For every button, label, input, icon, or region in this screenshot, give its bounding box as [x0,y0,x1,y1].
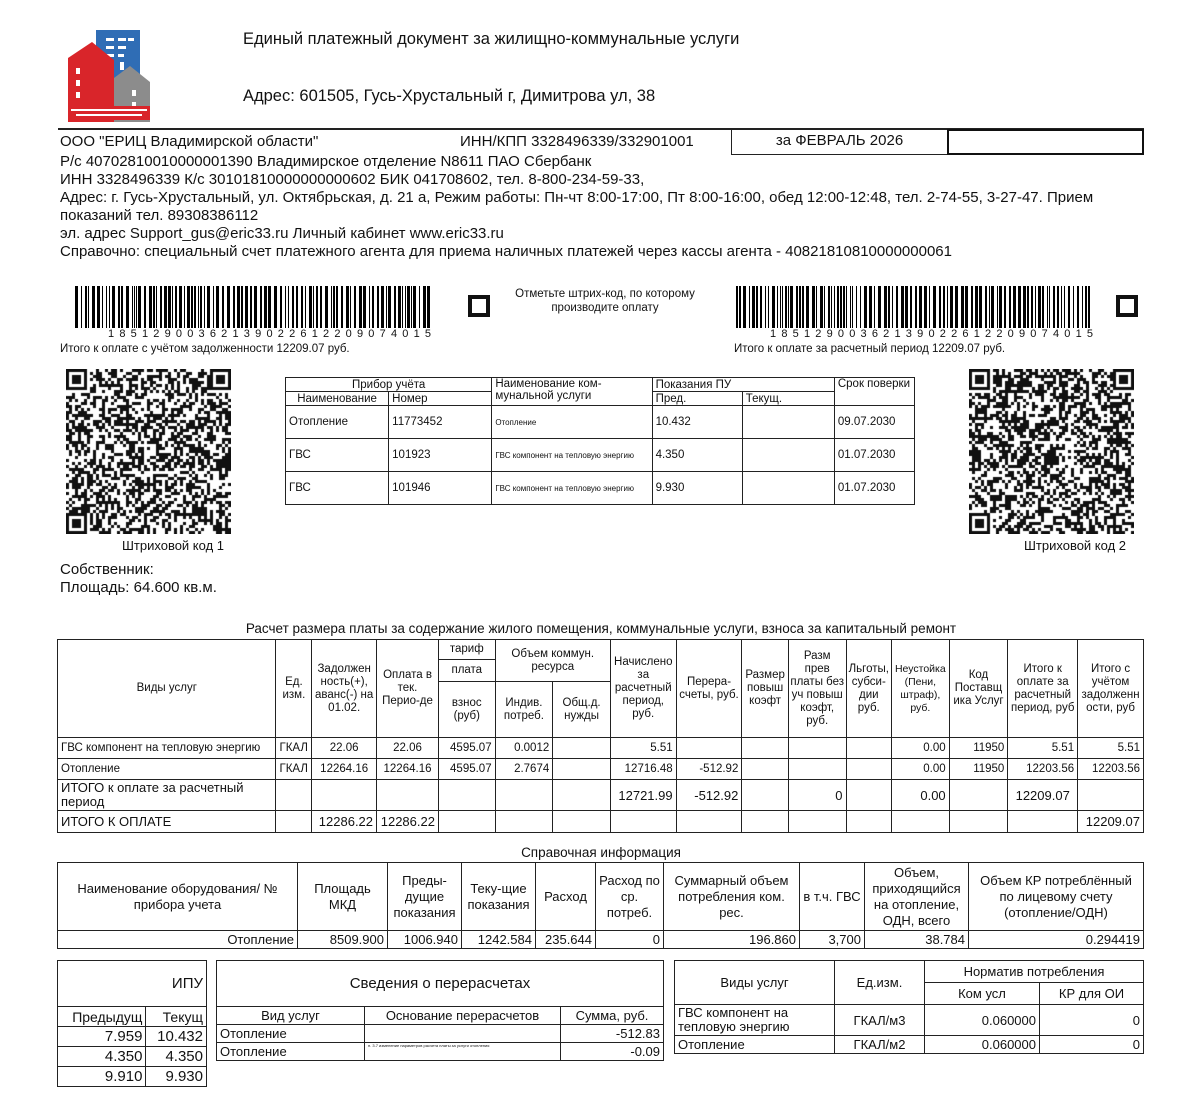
ipu-row: 7.95910.432 [58,1027,207,1047]
service-row: ГВС компонент на тепловую энергию ГКАЛ 2… [58,738,1144,759]
norm-row: ГВС компонент на тепловую энергию ГКАЛ/м… [675,1005,1144,1036]
property-address: Адрес: 601505, Гусь-Хрустальный г, Димит… [243,87,655,106]
ipu-table: ИПУ Предыдущ Текущ 7.95910.432 4.3504.35… [57,960,207,1087]
org-name: ООО "ЕРИЦ Владимирской области" [60,133,318,150]
barcode-note: Отметьте штрих-код, по которому производ… [500,287,710,315]
qr-code-1-label: Штриховой код 1 [122,538,224,553]
total-row: ИТОГО К ОПЛАТЕ 12286.22 12286.22 12209.0… [58,811,1144,833]
blank-field [947,129,1144,155]
calc-table-caption: Расчет размера платы за содержание жилог… [58,621,1144,636]
subtotal-row: ИТОГО к оплате за расчетный период 12721… [58,780,1144,811]
office-address: Адрес: г. Гусь-Хрустальный, ул. Октябрьс… [60,189,1150,225]
barcode-left [75,286,433,328]
building-logo-icon [64,28,154,122]
billing-period: за ФЕВРАЛЬ 2026 [731,129,948,155]
apartment-area: Площадь: 64.600 кв.м. [60,579,217,597]
owner-info: Собственник: Площадь: 64.600 кв.м. [60,561,217,597]
recalc-row: Отопление п. 3.7 изменение параметров ра… [217,1043,664,1061]
reference-table: Наименование оборудования/ № прибора уче… [57,862,1144,949]
org-details: Р/с 40702810010000001390 Владимирское от… [60,153,1150,261]
meter-row: Отопление 11773452 Отопление 10.432 09.0… [286,406,915,439]
inn-kpp: ИНН/КПП 3328496339/332901001 [460,133,694,150]
recalc-row: Отопление -512.83 [217,1025,664,1043]
calc-table: Виды услуг Ед. изм. Задолжен ность(+), а… [57,639,1144,833]
barcode-left-caption: Итого к оплате с учётом задолженности 12… [60,343,350,355]
norms-table: Виды услуг Ед.изм. Норматив потребления … [674,960,1144,1054]
owner-label: Собственник: [60,561,217,579]
qr-code-2 [969,369,1134,534]
inn-bik-phone: ИНН 3328496339 К/с 30101810000000000602 … [60,171,1150,189]
reference-caption: Справочная информация [58,845,1144,860]
barcode-left-number: 18512900362139022612209074015 [108,328,436,340]
ipu-row: 9.9109.930 [58,1067,207,1087]
meter-row: ГВС 101946 ГВС компонент на тепловую эне… [286,472,915,505]
document-title: Единый платежный документ за жилищно-ком… [243,30,739,49]
qr-code-2-label: Штриховой код 2 [1024,538,1126,553]
agent-account: Справочно: специальный счет платежного а… [60,243,1150,261]
qr-code-1 [66,369,231,534]
select-barcode-right-checkbox[interactable] [1116,295,1138,317]
barcode-right [736,286,1094,328]
bank-account: Р/с 40702810010000001390 Владимирское от… [60,153,1150,171]
contacts: эл. адрес Support_gus@eric33.ru Личный к… [60,225,1150,243]
norm-row: Отопление ГКАЛ/м2 0.060000 0 [675,1036,1144,1054]
ipu-row: 4.3504.350 [58,1047,207,1067]
select-barcode-left-checkbox[interactable] [468,295,490,317]
barcode-right-number: 18512900362139022612209074015 [770,328,1098,340]
service-row: Отопление ГКАЛ 12264.16 12264.16 4595.07… [58,759,1144,780]
reference-row: Отопление 8509.900 1006.940 1242.584 235… [58,931,1144,949]
meter-row: ГВС 101923 ГВС компонент на тепловую эне… [286,439,915,472]
recalc-table: Сведения о перерасчетах Вид услуг Основа… [216,960,664,1061]
meters-table: Прибор учёта Наименование ком-мунальной … [285,377,915,505]
barcode-right-caption: Итого к оплате за расчетный период 12209… [734,343,1005,355]
